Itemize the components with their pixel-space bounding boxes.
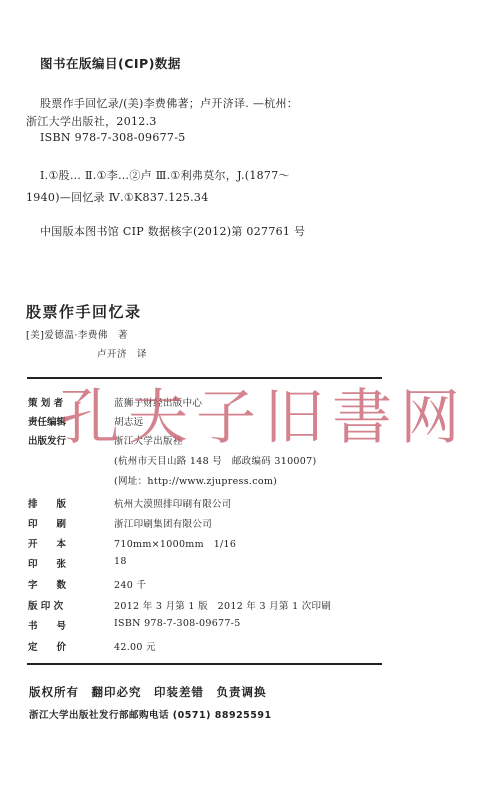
- detail-value: (杭州市天目山路 148 号 邮政编码 310007): [114, 453, 316, 467]
- cip-heading: 图书在版编目(CIP)数据: [40, 54, 181, 72]
- detail-label: 定 价: [28, 639, 84, 653]
- book-title: 股票作手回忆录: [26, 301, 142, 322]
- detail-label: 出版发行: [28, 433, 84, 447]
- detail-value: 240 千: [114, 577, 146, 591]
- detail-value: (网址：http://www.zjupress.com): [114, 473, 277, 487]
- detail-row: 版 印 次 2012 年 3 月第 1 版 2012 年 3 月第 1 次印刷: [28, 598, 331, 612]
- detail-row: 排 版 杭州大漠照排印刷有限公司: [28, 496, 232, 510]
- cip-line: 股票作手回忆录/(美)李费佛著；卢开济译. —杭州：: [40, 95, 298, 111]
- mail-order-phone: 浙江大学出版社发行部邮购电话 (0571) 88925591: [29, 707, 272, 721]
- divider-top: [27, 377, 382, 379]
- detail-label: 策 划 者: [28, 395, 84, 409]
- detail-label: [28, 473, 84, 487]
- detail-row: 印 张 18: [28, 556, 127, 570]
- detail-row: 书 号 ISBN 978-7-308-09677-5: [28, 618, 241, 632]
- detail-value: 18: [114, 556, 127, 570]
- detail-label: 责任编辑: [28, 414, 84, 428]
- divider-bottom: [27, 663, 382, 665]
- translator-line: 卢开济 译: [97, 346, 147, 360]
- detail-row: 出版发行 浙江大学出版社: [28, 433, 183, 447]
- detail-label: 字 数: [28, 577, 84, 591]
- cip-line: 浙江大学出版社，2012.3: [26, 113, 157, 129]
- detail-value: 浙江大学出版社: [114, 433, 183, 447]
- detail-label: 排 版: [28, 496, 84, 510]
- detail-row: (杭州市天目山路 148 号 邮政编码 310007): [28, 453, 316, 467]
- cip-line: ISBN 978-7-308-09677-5: [40, 131, 186, 144]
- detail-label: 印 刷: [28, 516, 84, 530]
- detail-row: 责任编辑 胡志远: [28, 414, 143, 428]
- cip-number-line: 中国版本图书馆 CIP 数据核字(2012)第 027761 号: [40, 223, 305, 239]
- detail-row: (网址：http://www.zjupress.com): [28, 473, 277, 487]
- detail-value: 杭州大漠照排印刷有限公司: [114, 496, 232, 510]
- detail-label: 印 张: [28, 556, 84, 570]
- detail-row: 印 刷 浙江印刷集团有限公司: [28, 516, 212, 530]
- detail-row: 定 价 42.00 元: [28, 639, 156, 653]
- detail-value: 2012 年 3 月第 1 版 2012 年 3 月第 1 次印刷: [114, 598, 331, 612]
- cip-line: Ⅰ.①股… Ⅱ.①李…②卢 Ⅲ.①利弗莫尔，J.(1877～: [40, 167, 290, 183]
- detail-row: 开 本 710mm×1000mm 1/16: [28, 536, 236, 550]
- detail-row: 字 数 240 千: [28, 577, 146, 591]
- cip-line: 1940)—回忆录 Ⅳ.①K837.125.34: [26, 189, 209, 205]
- detail-value: 浙江印刷集团有限公司: [114, 516, 212, 530]
- detail-label: 版 印 次: [28, 598, 84, 612]
- detail-row: 策 划 者 蓝狮子财经出版中心: [28, 395, 202, 409]
- detail-label: 书 号: [28, 618, 84, 632]
- detail-label: 开 本: [28, 536, 84, 550]
- detail-value: 42.00 元: [114, 639, 156, 653]
- author-line: [美]爱德温·李费佛 著: [26, 327, 128, 341]
- detail-value: 蓝狮子财经出版中心: [114, 395, 202, 409]
- detail-value: 胡志远: [114, 414, 143, 428]
- copyright-notice: 版权所有 翻印必究 印装差错 负责调换: [29, 684, 267, 700]
- detail-value: 710mm×1000mm 1/16: [114, 536, 236, 550]
- detail-label: [28, 453, 84, 467]
- detail-value: ISBN 978-7-308-09677-5: [114, 618, 241, 632]
